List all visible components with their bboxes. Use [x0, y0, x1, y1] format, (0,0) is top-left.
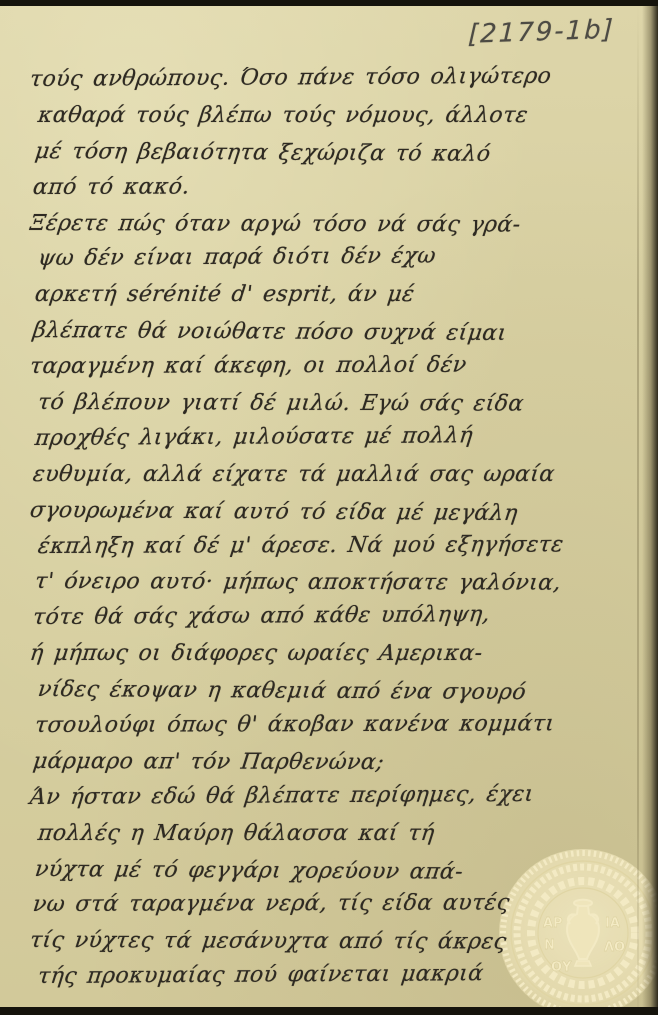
scan-edge-bottom	[0, 1007, 658, 1015]
scan-edge-top	[0, 0, 658, 6]
handwritten-line: έκπληξη καί δέ μ' άρεσε. Νά μού εξηγήσετ…	[37, 527, 630, 565]
handwritten-line: τότε θά σάς χάσω από κάθε υπόληψη,	[32, 597, 630, 637]
paper-crease	[637, 5, 639, 1008]
handwritten-line: ή μήπως οι διάφορες ωραίες Αμερικα-	[30, 636, 630, 672]
handwritten-line: προχθές λιγάκι, μιλούσατε μέ πολλή	[35, 417, 630, 457]
handwritten-line: ευθυμία, αλλά είχατε τά μαλλιά σας ωραία	[33, 457, 631, 493]
handwritten-line: σγουρωμένα καί αυτό τό είδα μέ μεγάλη	[30, 493, 630, 533]
handwritten-line: τσουλούφι όπως θ' άκοβαν κανένα κομμάτι	[35, 706, 630, 744]
handwritten-line: από τό κακό.	[32, 168, 630, 206]
letter-paper: ΑΡ ΙΑ Ν ΛΟ ΟΥ [2179-1b] τούς ανθρώπους. …	[0, 5, 658, 1008]
handwritten-line: τούς ανθρώπους. Όσο πάνε τόσο ολιγώτερο	[30, 58, 630, 98]
scanned-letter-page: ΑΡ ΙΑ Ν ΛΟ ΟΥ [2179-1b] τούς ανθρώπους. …	[0, 0, 658, 1015]
handwritten-line: αρκετή sérénité d' esprit, άν μέ	[35, 277, 630, 313]
catalog-number: [2179-1b]	[468, 14, 629, 50]
handwritten-line: ψω δέν είναι παρά διότι δέν έχω	[37, 238, 630, 278]
handwritten-line: ταραγμένη καί άκεφη, οι πολλοί δέν	[30, 347, 630, 385]
handwritten-line: νω στά ταραγμένα νερά, τίς είδα αυτές	[32, 886, 630, 924]
letter-body: τούς ανθρώπους. Όσο πάνε τόσο ολιγώτεροκ…	[30, 62, 630, 995]
handwritten-line: τής προκυμαίας πού φαίνεται μακριά	[37, 956, 630, 996]
paper-right-shadow	[642, 5, 658, 1008]
handwritten-line: Άν ήσταν εδώ θά βλέπατε περίφημες, έχει	[30, 776, 630, 816]
handwritten-line: καθαρά τούς βλέπω τούς νόμους, άλλοτε	[38, 98, 631, 134]
handwritten-line: πολλές η Μαύρη θάλασσα καί τή	[38, 816, 631, 852]
